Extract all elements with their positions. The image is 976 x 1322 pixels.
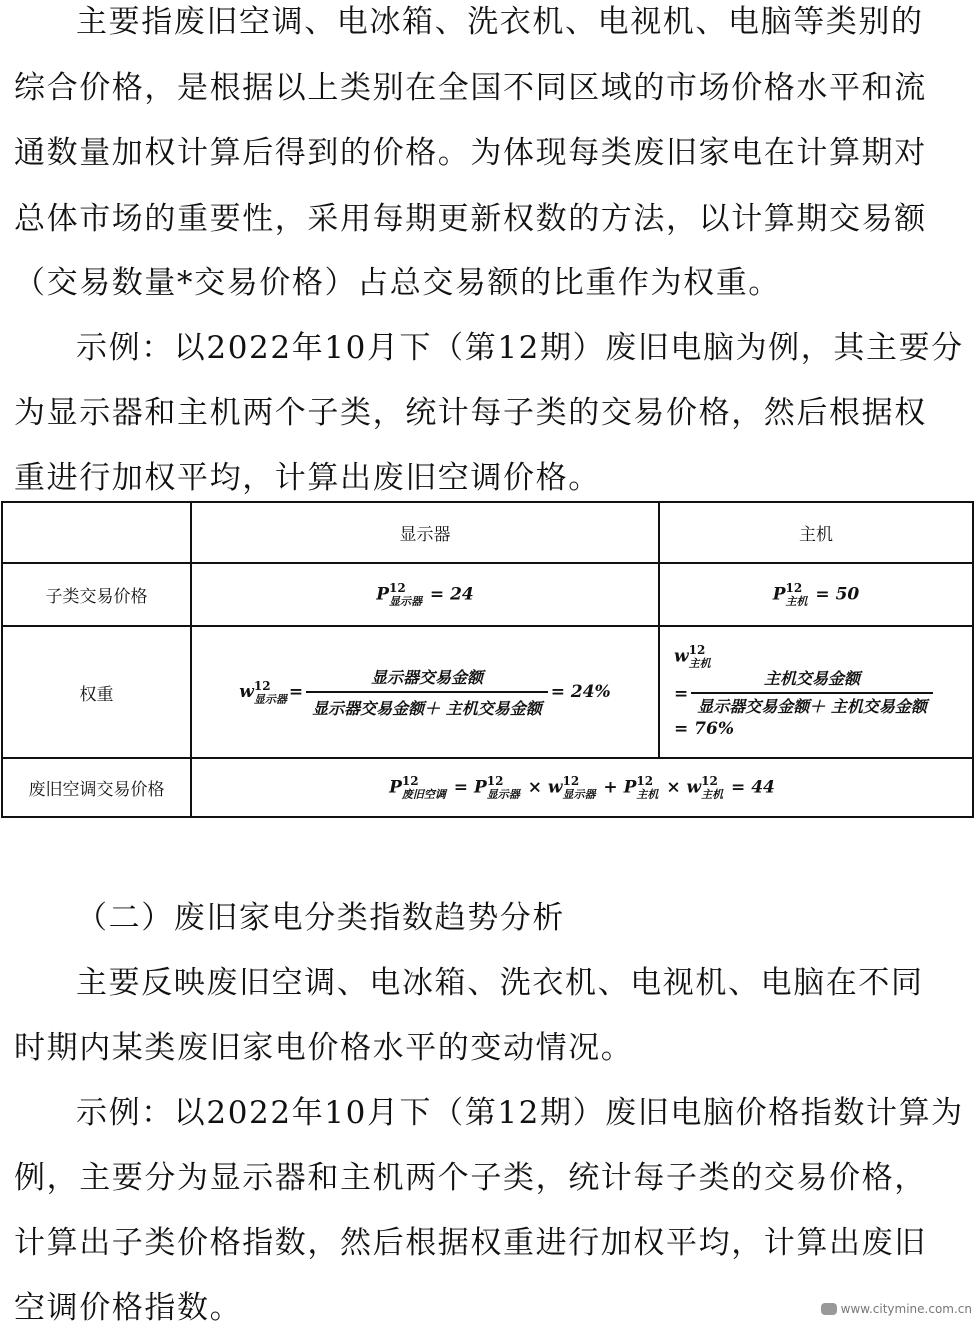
superscript: 12 xyxy=(563,775,596,787)
superscript: 12 xyxy=(487,775,520,787)
paragraph-1-line-4: 总体市场的重要性，采用每期更新权数的方法，以计算期交易额 xyxy=(14,199,927,239)
plus: + xyxy=(598,778,624,798)
row-label: 子类交易价格 xyxy=(2,563,191,626)
symbol: P xyxy=(474,778,487,798)
host-price-formula: P12主机 = 50 xyxy=(659,563,973,626)
header-cell-monitor: 显示器 xyxy=(191,502,659,563)
superscript: 12 xyxy=(402,775,446,787)
times: × xyxy=(522,778,548,798)
header-cell-empty xyxy=(2,502,191,563)
symbol: P xyxy=(773,584,786,604)
final-price-formula: P12废旧空调 = P12显示器 × w12显示器 + P12主机 × w12主… xyxy=(191,758,973,817)
superscript: 12 xyxy=(254,680,287,692)
paragraph-4-line-2: 例，主要分为显示器和主机两个子类，统计每子类的交易价格， xyxy=(14,1158,927,1198)
host-weight-formula: w12主机 =主机交易金额显示器交易金额＋ 主机交易金额 = 76% xyxy=(659,626,973,758)
paragraph-1-line-3: 通数量加权计算后得到的价格。为体现每类废旧家电在计算期对 xyxy=(14,133,927,173)
value: = 24 xyxy=(424,584,474,604)
watermark-text: www.citymine.com.cn xyxy=(841,1302,972,1316)
paragraph-3-line-2: 时期内某类废旧家电价格水平的变动情况。 xyxy=(14,1028,633,1068)
section-heading-2: （二）废旧家电分类指数趋势分析 xyxy=(76,898,565,938)
result: = 24% xyxy=(551,682,611,702)
superscript: 12 xyxy=(689,644,711,656)
watermark: www.citymine.com.cn xyxy=(821,1302,972,1316)
paragraph-1-line-1: 主要指废旧空调、电冰箱、洗衣机、电视机、电脑等类别的 xyxy=(76,2,924,42)
equals: = xyxy=(289,682,303,702)
value: = 50 xyxy=(810,584,860,604)
denominator: 显示器交易金额＋ 主机交易金额 xyxy=(306,693,548,719)
equals: = xyxy=(448,778,474,798)
symbol: w xyxy=(674,646,689,666)
subscript: 显示器 xyxy=(487,789,520,800)
subscript: 显示器 xyxy=(254,694,287,705)
numerator: 显示器交易金额 xyxy=(306,665,548,693)
symbol: w xyxy=(687,778,702,798)
paragraph-4-line-4: 空调价格指数。 xyxy=(14,1288,242,1322)
fraction: 主机交易金额显示器交易金额＋ 主机交易金额 xyxy=(691,669,933,719)
table-row-final-price: 废旧空调交易价格 P12废旧空调 = P12显示器 × w12显示器 + P12… xyxy=(2,758,973,817)
symbol: P xyxy=(376,584,389,604)
paragraph-1-line-2: 综合价格，是根据以上类别在全国不同区域的市场价格水平和流 xyxy=(14,68,927,108)
symbol: w xyxy=(239,682,254,702)
symbol: P xyxy=(389,778,402,798)
calculation-table: 显示器 主机 子类交易价格 P12显示器 = 24 P12主机 = 50 权重 … xyxy=(1,501,974,818)
table-row-weight: 权重 w12显示器=显示器交易金额显示器交易金额＋ 主机交易金额= 24% w1… xyxy=(2,626,973,758)
subscript: 显示器 xyxy=(563,789,596,800)
numerator: 主机交易金额 xyxy=(691,669,933,695)
paragraph-2-line-3: 重进行加权平均，计算出废旧空调价格。 xyxy=(14,458,601,498)
result: = 44 xyxy=(725,778,775,798)
table-row-subclass-price: 子类交易价格 P12显示器 = 24 P12主机 = 50 xyxy=(2,563,973,626)
denominator: 显示器交易金额＋ 主机交易金额 xyxy=(691,694,933,718)
superscript: 12 xyxy=(701,775,723,787)
subscript: 显示器 xyxy=(389,596,422,607)
subscript: 主机 xyxy=(636,789,658,800)
subscript: 主机 xyxy=(786,596,808,607)
times: × xyxy=(660,778,686,798)
paragraph-3-line-1: 主要反映废旧空调、电冰箱、洗衣机、电视机、电脑在不同 xyxy=(76,963,924,1003)
result: = 76% xyxy=(674,718,972,740)
citymine-logo-icon xyxy=(821,1303,837,1315)
symbol: w xyxy=(548,778,563,798)
superscript: 12 xyxy=(636,775,658,787)
subscript: 主机 xyxy=(701,789,723,800)
subscript: 废旧空调 xyxy=(402,789,446,800)
paragraph-4-line-3: 计算出子类价格指数，然后根据权重进行加权平均，计算出废旧 xyxy=(14,1223,927,1263)
row-label: 废旧空调交易价格 xyxy=(2,758,191,817)
paragraph-2-line-2: 为显示器和主机两个子类，统计每子类的交易价格，然后根据权 xyxy=(14,393,927,433)
table-header-row: 显示器 主机 xyxy=(2,502,973,563)
monitor-weight-formula: w12显示器=显示器交易金额显示器交易金额＋ 主机交易金额= 24% xyxy=(191,626,659,758)
row-label: 权重 xyxy=(2,626,191,758)
subscript: 主机 xyxy=(689,658,711,669)
header-cell-host: 主机 xyxy=(659,502,973,563)
monitor-price-formula: P12显示器 = 24 xyxy=(191,563,659,626)
paragraph-2-line-1: 示例：以2022年10月下（第12期）废旧电脑为例，其主要分 xyxy=(76,328,964,368)
symbol: P xyxy=(624,778,637,798)
paragraph-4-line-1: 示例：以2022年10月下（第12期）废旧电脑价格指数计算为 xyxy=(76,1093,964,1133)
fraction: 显示器交易金额显示器交易金额＋ 主机交易金额 xyxy=(306,665,548,719)
equals: = xyxy=(674,683,688,703)
superscript: 12 xyxy=(389,582,422,594)
superscript: 12 xyxy=(786,582,808,594)
paragraph-1-line-5: （交易数量*交易价格）占总交易额的比重作为权重。 xyxy=(14,263,781,303)
